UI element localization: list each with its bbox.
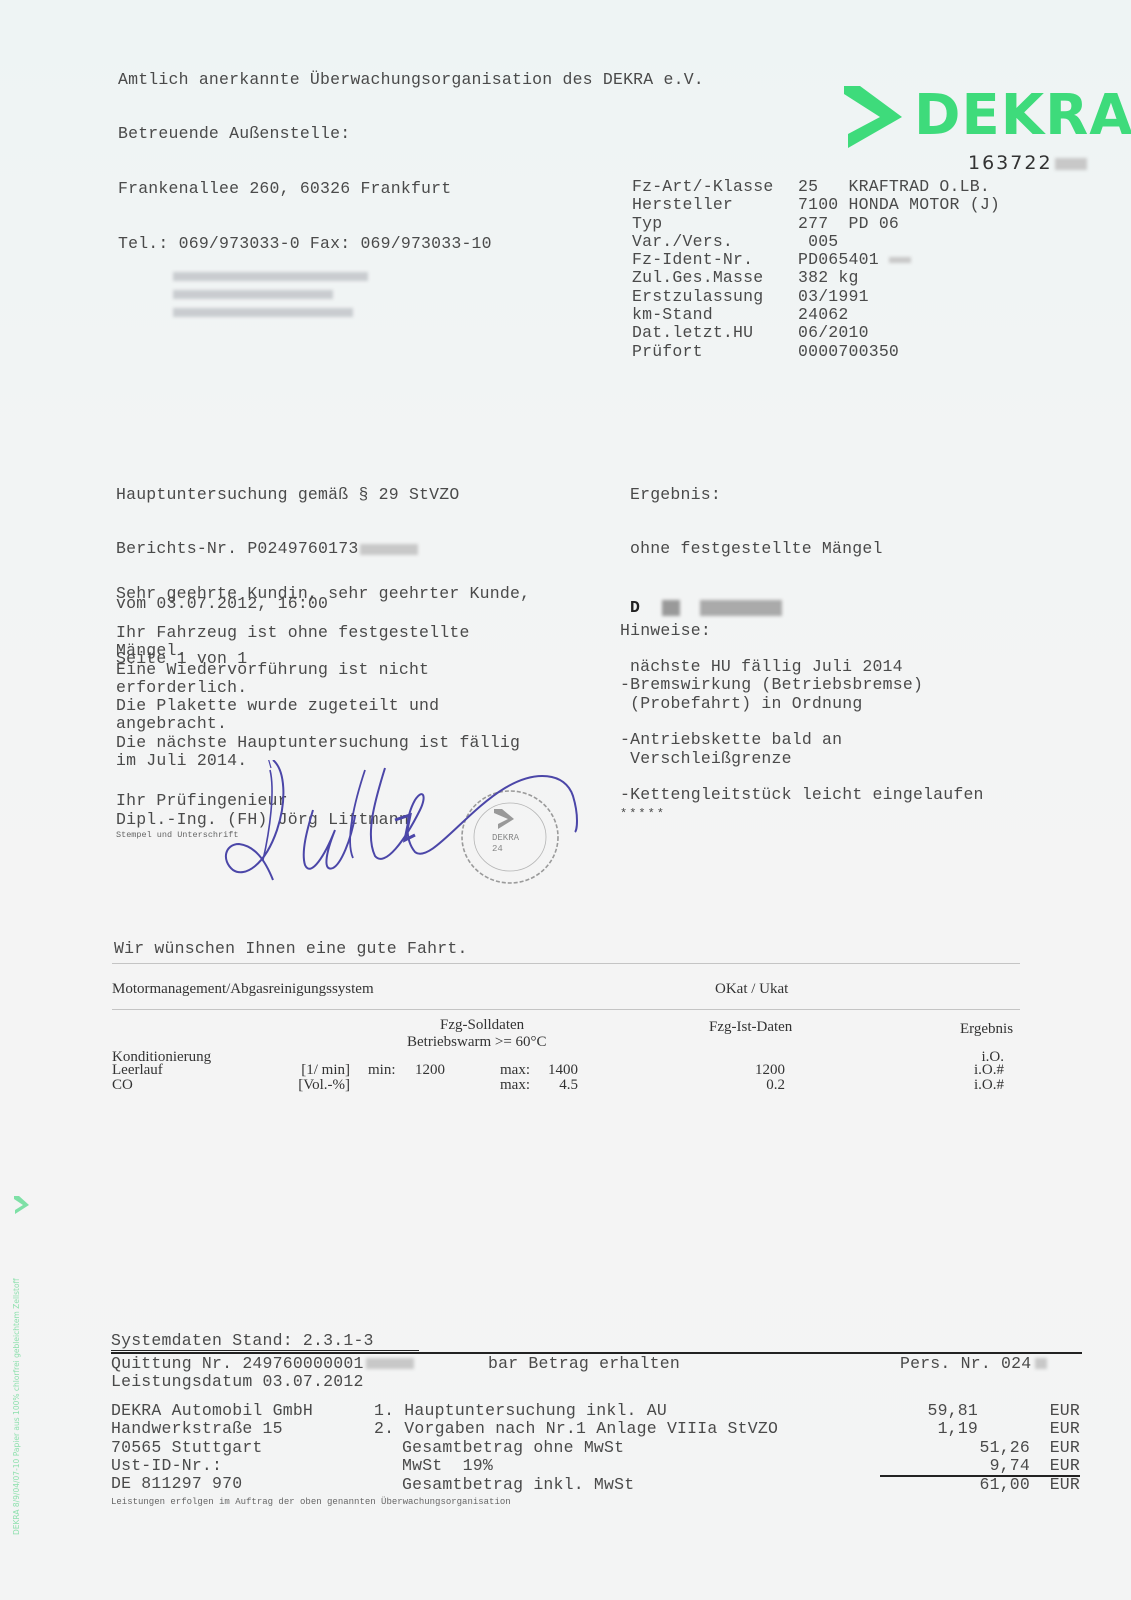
receipt-number-text: Quittung Nr. 249760000001 <box>111 1354 364 1373</box>
vehicle-label: Zul.Ges.Masse <box>632 269 798 287</box>
receipt-total-amount: 9,74 <box>930 1457 1030 1475</box>
dekra-logo: DEKRA <box>842 84 1092 150</box>
receipt-total-amount: 61,00 <box>930 1476 1030 1494</box>
spacer <box>620 658 984 676</box>
document-number-text: 163722 <box>968 152 1053 174</box>
letter-body: Ihr Fahrzeug ist ohne festgestellteMänge… <box>116 624 520 770</box>
vehicle-value: 06/2010 <box>798 324 869 342</box>
vehicle-label: Hersteller <box>632 196 798 214</box>
vehicle-row: Fz-Art/-Klasse25 KRAFTRAD O.LB. <box>632 178 1000 196</box>
vehicle-label: km-Stand <box>632 306 798 324</box>
issuer-line-3: Frankenallee 260, 60326 Frankfurt <box>118 180 704 198</box>
vehicle-value: 005 <box>798 233 838 251</box>
note-line: (Probefahrt) in Ordnung <box>620 695 984 713</box>
emissions-cell-min: 1200 <box>415 1062 455 1079</box>
report-number-text: Berichts-Nr. P0249760173 <box>116 539 358 558</box>
vehicle-label: Typ <box>632 215 798 233</box>
receipt-total-currency: EUR <box>1040 1439 1080 1457</box>
vehicle-label: Fz-Ident-Nr. <box>632 251 798 269</box>
issuer-line-1: Amtlich anerkannte Überwachungsorganisat… <box>118 71 704 89</box>
redacted-line <box>173 290 333 299</box>
notes-title: Hinweise: <box>620 622 984 640</box>
redacted-line <box>173 308 353 317</box>
emissions-cell-name: CO <box>112 1077 133 1094</box>
emissions-cell-max-label: max: <box>500 1077 540 1094</box>
letter-line: angebracht. <box>116 715 520 733</box>
spacer <box>620 713 984 731</box>
vehicle-label: Var./Vers. <box>632 233 798 251</box>
letter-line: erforderlich. <box>116 679 520 697</box>
note-line: Verschleißgrenze <box>620 750 984 768</box>
receipt-item-text: 1. Hauptuntersuchung inkl. AU <box>374 1402 667 1420</box>
vehicle-row: Hersteller7100 HONDA MOTOR (J) <box>632 196 1000 214</box>
personnel-number-text: Pers. Nr. 024 <box>900 1354 1031 1373</box>
receipt-item-currency: EUR <box>1040 1402 1080 1420</box>
receipt-total-text: Gesamtbetrag ohne MwSt <box>402 1439 624 1457</box>
cash-received: bar Betrag erhalten <box>488 1355 680 1373</box>
farewell-text: Wir wünschen Ihnen eine gute Fahrt. <box>114 940 468 958</box>
emissions-cell-ist: 0.2 <box>700 1077 785 1094</box>
document-number: 163722 <box>968 152 1087 174</box>
vehicle-value: 03/1991 <box>798 288 869 306</box>
note-line: -Antriebskette bald an <box>620 731 984 749</box>
vehicle-label: Fz-Art/-Klasse <box>632 178 798 196</box>
letter-line: Die Plakette wurde zugeteilt und <box>116 697 520 715</box>
letter-line: Mängel. <box>116 642 520 660</box>
note-line: -Bremswirkung (Betriebsbremse) <box>620 676 984 694</box>
emissions-category: OKat / Ukat <box>715 981 788 998</box>
receipt-item-currency: EUR <box>1040 1420 1080 1438</box>
col-header-soll-sub: Betriebswarm >= 60°C <box>407 1034 547 1051</box>
emissions-cell-unit: [Vol.-%] <box>250 1077 350 1094</box>
receipt-total-currency: EUR <box>1040 1457 1080 1475</box>
vehicle-row: Var./Vers. 005 <box>632 233 1000 251</box>
personnel-number: Pers. Nr. 024 <box>900 1355 1047 1373</box>
company-line: DEKRA Automobil GmbH <box>111 1402 313 1420</box>
vehicle-value: 0000700350 <box>798 343 899 361</box>
receipt-item-text: 2. Vorgaben nach Nr.1 Anlage VIIIa StVZO <box>374 1420 778 1438</box>
divider <box>112 1009 1020 1010</box>
divider <box>112 963 1020 964</box>
receipt-item-amount: 59,81 <box>890 1402 978 1420</box>
report-number: Berichts-Nr. P0249760173 <box>116 540 459 558</box>
emissions-section-title: Motormanagement/Abgasreinigungssystem <box>112 981 374 998</box>
redacted-block <box>360 544 418 555</box>
receipt-total-amount: 51,26 <box>930 1439 1030 1457</box>
issuer-line-2: Betreuende Außenstelle: <box>118 125 704 143</box>
service-date: Leistungsdatum 03.07.2012 <box>111 1373 364 1391</box>
signature-icon <box>215 760 615 900</box>
vehicle-row: km-Stand24062 <box>632 306 1000 324</box>
vehicle-value: 7100 HONDA MOTOR (J) <box>798 196 1000 214</box>
result-label: Ergebnis: <box>630 486 903 504</box>
sum-rule <box>880 1475 1080 1477</box>
redacted-block <box>889 257 911 263</box>
letter-line: Die nächste Hauptuntersuchung ist fällig <box>116 734 520 752</box>
vehicle-row: Zul.Ges.Masse382 kg <box>632 269 1000 287</box>
company-address: DEKRA Automobil GmbHHandwerkstraße 15705… <box>111 1402 313 1493</box>
vehicle-value: 277 PD 06 <box>798 215 899 233</box>
receipt-total-text: Gesamtbetrag inkl. MwSt <box>402 1476 634 1494</box>
spacer <box>620 768 984 786</box>
company-line: Ust-ID-Nr.: <box>111 1457 313 1475</box>
report-title: Hauptuntersuchung gemäß § 29 StVZO <box>116 486 459 504</box>
vehicle-value: 382 kg <box>798 269 859 287</box>
vehicle-label: Erstzulassung <box>632 288 798 306</box>
col-header-ist: Fzg-Ist-Daten <box>709 1019 792 1036</box>
vehicle-row: Fz-Ident-Nr.PD065401 <box>632 251 1000 269</box>
receipt-total-text: MwSt 19% <box>402 1457 493 1475</box>
col-header-soll: Fzg-Solldaten <box>440 1017 524 1034</box>
receipt-footnote: Leistungen erfolgen im Auftrag der oben … <box>111 1497 511 1507</box>
dekra-arrow-icon <box>842 84 904 150</box>
vehicle-row: Typ277 PD 06 <box>632 215 1000 233</box>
redacted-block <box>1055 158 1087 170</box>
result-value: ohne festgestellte Mängel <box>630 540 903 558</box>
emissions-cell-min-label: min: <box>368 1062 408 1079</box>
letter-line: Ihr Fahrzeug ist ohne festgestellte <box>116 624 520 642</box>
dekra-wordmark: DEKRA <box>914 86 1131 146</box>
receipt-number: Quittung Nr. 249760000001 <box>111 1355 414 1373</box>
note-line: -Kettengleitstück leicht eingelaufen <box>620 786 984 804</box>
vehicle-row: Prüfort0000700350 <box>632 343 1000 361</box>
vehicle-row: Dat.letzt.HU06/2010 <box>632 324 1000 342</box>
letter-salutation: Sehr geehrte Kundin, sehr geehrter Kunde… <box>116 585 530 603</box>
note-line: ***** <box>620 805 984 823</box>
col-header-result: Ergebnis <box>960 1021 1013 1038</box>
emissions-cell-result: i.O.# <box>940 1077 1004 1094</box>
redacted-block <box>1035 1358 1047 1369</box>
vehicle-value: PD065401 <box>798 251 879 269</box>
letter-line: Eine Wiedervorführung ist nicht <box>116 661 520 679</box>
company-line: DE 811297 970 <box>111 1475 313 1493</box>
underline <box>111 1350 419 1351</box>
receipt-total-currency: EUR <box>1040 1476 1080 1494</box>
company-line: Handwerkstraße 15 <box>111 1420 313 1438</box>
vehicle-row: Erstzulassung03/1991 <box>632 288 1000 306</box>
company-line: 70565 Stuttgart <box>111 1439 313 1457</box>
emissions-cell-max: 4.5 <box>540 1077 578 1094</box>
receipt-item-amount: 1,19 <box>890 1420 978 1438</box>
vehicle-label: Prüfort <box>632 343 798 361</box>
vehicle-label: Dat.letzt.HU <box>632 324 798 342</box>
vehicle-value: 25 KRAFTRAD O.LB. <box>798 178 990 196</box>
system-data: Systemdaten Stand: 2.3.1-3 <box>111 1332 374 1350</box>
issuer-line-4: Tel.: 069/973033-0 Fax: 069/973033-10 <box>118 235 704 253</box>
side-strip-text: DEKRA 8/9/04/07-10 Papier aus 100% chlor… <box>12 1278 21 1535</box>
issuer-address: Amtlich anerkannte Überwachungsorganisat… <box>118 34 704 272</box>
redacted-block <box>366 1358 414 1369</box>
notes-block: Hinweise: -Bremswirkung (Betriebsbremse)… <box>620 585 984 823</box>
redacted-line <box>173 272 368 281</box>
vehicle-data: Fz-Art/-Klasse25 KRAFTRAD O.LB.Herstelle… <box>632 178 1000 361</box>
recipient-address-redacted <box>173 272 368 326</box>
side-strip: DEKRA 8/9/04/07-10 Papier aus 100% chlor… <box>12 1195 32 1555</box>
dekra-arrow-icon <box>12 1195 30 1215</box>
vehicle-value: 24062 <box>798 306 849 324</box>
